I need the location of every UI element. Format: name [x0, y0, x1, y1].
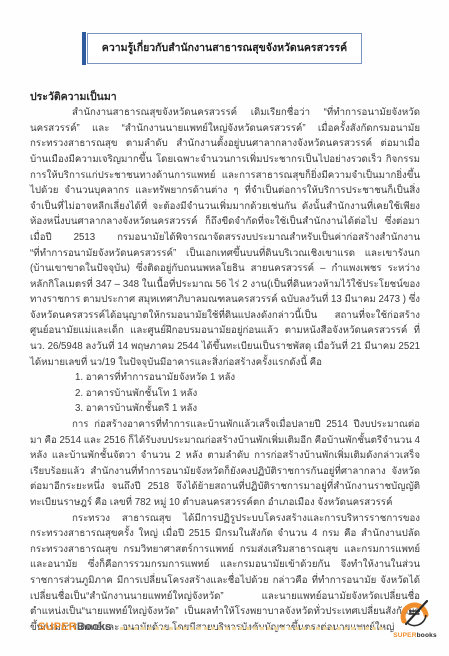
section-heading: ประวัติความเป็นมา	[30, 90, 419, 105]
page-title: ความรู้เกี่ยวกับสำนักงานสาธารณสุขจังหวัด…	[102, 41, 347, 55]
list-item: 3. อาคารบ้านพักชั้นตรี 1 หลัง	[75, 401, 420, 417]
document-page: ความรู้เกี่ยวกับสำนักงานสาธารณสุขจังหวัด…	[0, 0, 449, 656]
list-item: 2. อาคารบ้านพักชั้นโท 1 หลัง	[75, 386, 420, 402]
logo-books-text: books	[417, 632, 437, 639]
history-paragraph-2: การ ก่อสร้างอาคารที่ทำการและบ้านพักแล้วเ…	[30, 417, 420, 511]
footer-dashed-line	[120, 627, 383, 630]
title-accent-bar	[82, 32, 86, 65]
body-text: สำนักงานสาธารณสุขจังหวัดนครสวรรค์ เดิมเร…	[30, 105, 420, 635]
list-item: 1. อาคารที่ทำการอนามัยจังหวัด 1 หลัง	[75, 370, 420, 386]
brand-super: SUPER	[38, 621, 77, 633]
logo-super-text: SUPER	[393, 632, 416, 639]
page-footer: SUPERBooks SUPERbooks	[38, 615, 441, 639]
brand-books: Books	[77, 621, 112, 633]
publisher-logo: SUPERbooks	[389, 597, 441, 639]
history-paragraph-1: สำนักงานสาธารณสุขจังหวัดนครสวรรค์ เดิมเร…	[30, 105, 420, 370]
title-box: ความรู้เกี่ยวกับสำนักงานสาธารณสุขจังหวัด…	[87, 33, 362, 64]
building-list: 1. อาคารที่ทำการอนามัยจังหวัด 1 หลัง 2. …	[30, 370, 420, 417]
logo-text: SUPERbooks	[389, 632, 441, 639]
brand-label: SUPERBooks	[38, 621, 112, 633]
logo-swoosh-icon	[396, 597, 434, 629]
